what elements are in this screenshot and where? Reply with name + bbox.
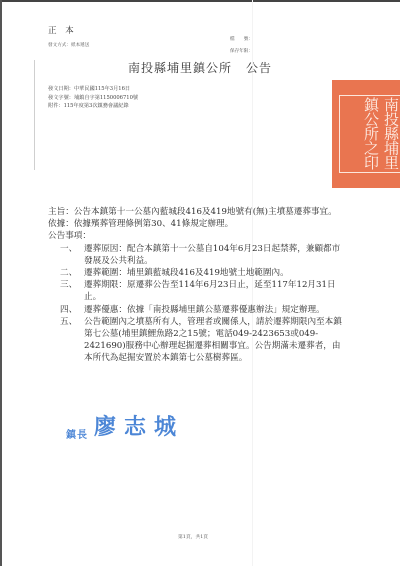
binding-margin-line — [34, 60, 35, 170]
file-number-label: 檔 號： — [230, 34, 253, 46]
subject-row: 主旨： 公告本鎮第十一公墓內藍城段416及419地號有(無)主墳墓遷葬事宜。 — [48, 206, 348, 218]
basis-label: 依據： — [48, 218, 74, 230]
notice-item: 三、 遷葬期限：原遷葬公告至114年6月23日止，延至117年12月31日止。 — [60, 279, 348, 303]
copy-type-label: 正 本 — [48, 24, 77, 36]
signature-name: 廖志城 — [94, 410, 184, 441]
scan-border-top — [0, 0, 400, 2]
retention-label: 保存年限： — [230, 46, 253, 58]
seal-text: 南投縣埔里鎮公所之印 — [341, 97, 400, 171]
attachment: 附件：115年度第3次鎮務會議紀錄 — [48, 102, 138, 111]
issue-date: 發文日期：中華民國115年3月16日 — [48, 85, 138, 94]
signature-title: 鎮長 — [66, 426, 88, 441]
issue-ref-number: 發文字號：埔鎮自字第1150006710號 — [48, 94, 138, 103]
subject-label: 主旨： — [48, 206, 74, 218]
notice-item: 一、 遷葬原因：配合本鎮第十一公墓自104年6月23日起禁葬，兼顧都市發展及公共… — [60, 243, 348, 267]
subject-text: 公告本鎮第十一公墓內藍城段416及419地號有(無)主墳墓遷葬事宜。 — [74, 206, 348, 218]
basis-row: 依據： 依據殯葬管理條例第30、41條規定辦理。 — [48, 218, 348, 230]
notice-item: 五、 公告範圍內之墳墓所有人，管理者或關係人，請於遷葬期限內至本鎮第七公墓(埔里… — [60, 316, 348, 365]
notice-item: 四、 遷葬優惠：依據「南投縣埔里鎮公墓遷葬優惠辦法」規定辦理。 — [60, 304, 348, 316]
document-title: 南投縣埔里鎮公所公告 — [128, 59, 272, 76]
basis-text: 依據殯葬管理條例第30、41條規定辦理。 — [74, 218, 348, 230]
file-meta: 檔 號： 保存年限： — [230, 34, 253, 58]
send-method: 發文方式：紙本遞送 — [48, 42, 89, 48]
issue-info: 發文日期：中華民國115年3月16日 發文字號：埔鎮自字第1150006710號… — [48, 85, 138, 111]
page-number: 第1頁，共1頁 — [178, 533, 208, 540]
scan-border-left — [0, 0, 2, 566]
mayor-signature-stamp: 鎮長 廖志城 — [66, 410, 184, 441]
notice-item: 二、 遷葬範圍：埔里鎮藍城段416及419地號土地範圍內。 — [60, 267, 348, 279]
notice-body: 主旨： 公告本鎮第十一公墓內藍城段416及419地號有(無)主墳墓遷葬事宜。 依… — [48, 206, 348, 365]
document-type: 公告 — [246, 61, 272, 75]
issuing-office: 南投縣埔里鎮公所 — [128, 61, 232, 75]
items-header: 公告事項： — [48, 230, 348, 242]
